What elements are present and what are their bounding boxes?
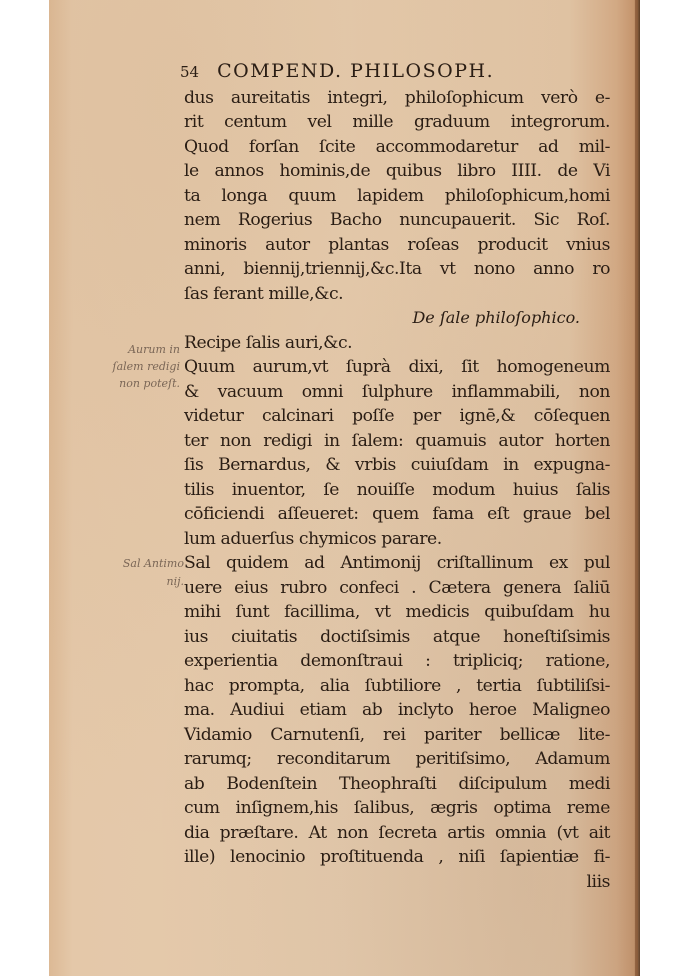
body-line: rit centum vel mille graduum integrorum.	[184, 110, 610, 134]
body-line: nem Rogerius Bacho nuncupauerit. Sic Roſ…	[184, 208, 610, 232]
body-line: rarumq; reconditarum peritiſsimo, Adamum	[184, 747, 610, 771]
body-line: ma. Audiui etiam ab inclyto heroe Malign…	[184, 698, 610, 722]
section-heading: De ſale philoſophico.	[184, 306, 610, 330]
body-line: lum aduerſus chymicos parare.	[184, 527, 610, 551]
body-line: ille) lenocinio proſtituenda , niſi ſapi…	[184, 845, 610, 869]
margin-note-line: Aurum in	[92, 341, 180, 358]
body-line: tilis inuentor, ſe nouiſſe modum huius ſ…	[184, 478, 610, 502]
body-line: le annos hominis,de quibus libro IIII. d…	[184, 159, 610, 183]
body-line: uere eius rubro confeci . Cætera genera …	[184, 576, 610, 600]
body-line: ſas ferant mille,&c.	[184, 282, 610, 306]
body-line: mihi ſunt facillima, vt medicis quibuſda…	[184, 600, 610, 624]
body-line: cōficiendi aſſeueret: quem fama eſt grau…	[184, 502, 610, 526]
body-line: Vidamio Carnutenſi, rei pariter bellicæ …	[184, 723, 610, 747]
body-line: experientia demonſtraui : tripliciq; rat…	[184, 649, 610, 673]
margin-note-aurum: Aurum in ſalem redigi non poteſt.	[92, 341, 180, 392]
body-line: minoris autor plantas roſeas producit vn…	[184, 233, 610, 257]
running-head-title: COMPEND. PHILOSOPH.	[217, 60, 494, 82]
body-line: ius ciuitatis doctiſsimis atque honeſtiſ…	[184, 625, 610, 649]
body-line: ab Bodenſtein Theophraſti diſcipulum med…	[184, 772, 610, 796]
body-line: dia præſtare. At non ſecreta artis omnia…	[184, 821, 610, 845]
body-line: Quum aurum,vt ſuprà dixi, ſit homogeneum	[184, 355, 610, 379]
running-head: 54COMPEND. PHILOSOPH.	[180, 60, 610, 82]
margin-note-antimonij: Sal Antimo nij.	[92, 555, 184, 591]
body-line: ter non redigi in ſalem: quamuis autor h…	[184, 429, 610, 453]
body-line: anni, biennij,triennij,&c.Ita vt nono an…	[184, 257, 610, 281]
body-line: hac prompta, alia ſubtiliore , tertia ſu…	[184, 674, 610, 698]
body-line: Recipe ſalis auri,&c.	[184, 331, 610, 355]
body-line: Sal quidem ad Antimonij criſtallinum ex …	[184, 551, 610, 575]
body-line: cum inſignem,his ſalibus, ægris optima r…	[184, 796, 610, 820]
body-line: ta longa quum lapidem philoſophicum,homi	[184, 184, 610, 208]
margin-note-line: non poteſt.	[92, 375, 180, 392]
margin-note-line: Sal Antimo	[92, 555, 184, 573]
page-edge	[635, 0, 638, 976]
margin-note-line: ſalem redigi	[92, 358, 180, 375]
body-line: videtur calcinari poſſe per ignē,& cōſeq…	[184, 404, 610, 428]
body-line: dus aureitatis integri, philoſophicum ve…	[184, 86, 610, 110]
body-line: & vacuum omni ſulphure inflammabili, non	[184, 380, 610, 404]
body-line: ſis Bernardus, & vrbis cuiuſdam in expug…	[184, 453, 610, 477]
catchword: liis	[184, 870, 610, 894]
margin-note-line: nij.	[92, 573, 184, 591]
page-number: 54	[180, 63, 199, 81]
body-line: Quod forſan ſcite accommodaretur ad mil-	[184, 135, 610, 159]
